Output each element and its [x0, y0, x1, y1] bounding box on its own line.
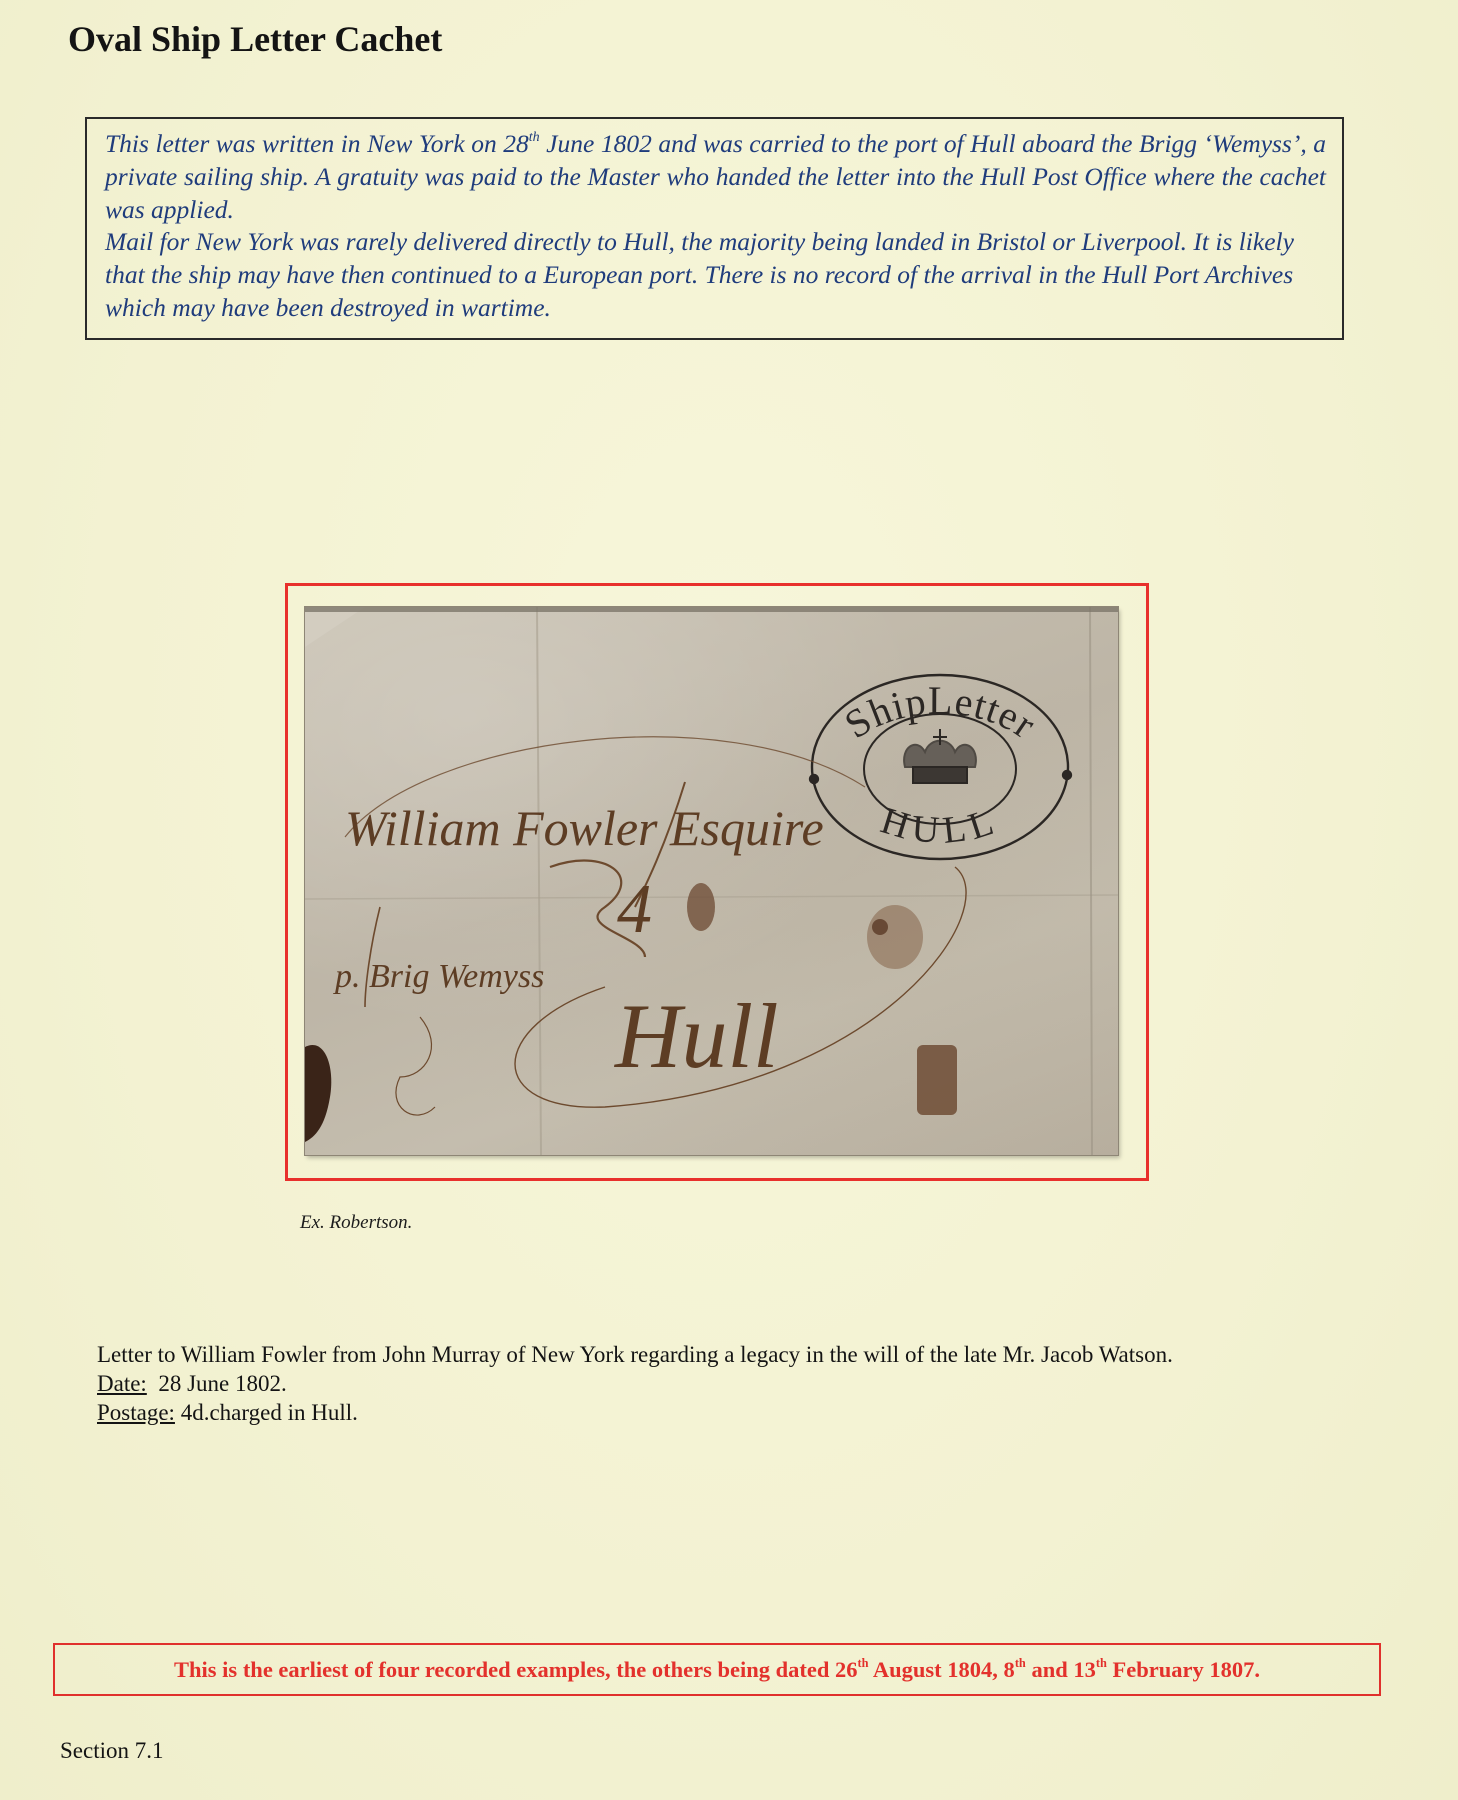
- intro-paragraph-2: Mail for New York was rarely delivered d…: [105, 226, 1326, 324]
- page-title: Oval Ship Letter Cachet: [68, 18, 442, 60]
- postage-value: 4d.charged in Hull.: [175, 1400, 358, 1425]
- postage-label: Postage:: [97, 1400, 175, 1425]
- note-text: This is the earliest of four recorded ex…: [174, 1657, 1260, 1683]
- date-label: Date:: [97, 1371, 147, 1396]
- crown-icon: [904, 729, 976, 783]
- svg-text:HULL: HULL: [876, 799, 1004, 852]
- cachet-bottom-text: HULL: [876, 799, 1004, 852]
- ordinal-suffix: th: [529, 130, 540, 145]
- intro-text-box: This letter was written in New York on 2…: [85, 117, 1344, 340]
- recorded-examples-note: This is the earliest of four recorded ex…: [53, 1643, 1381, 1696]
- address-town: Hull: [614, 985, 779, 1087]
- description-summary: Letter to William Fowler from John Murra…: [97, 1340, 1377, 1369]
- address-recipient: William Fowler Esquire: [345, 800, 824, 856]
- cover-description: Letter to William Fowler from John Murra…: [97, 1340, 1377, 1427]
- postage-rate-marking: 4: [617, 871, 652, 948]
- date-value: 28 June 1802.: [147, 1371, 287, 1396]
- postage-line: Postage: 4d.charged in Hull.: [97, 1398, 1377, 1427]
- provenance-caption: Ex. Robertson.: [300, 1212, 412, 1234]
- section-number: Section 7.1: [60, 1738, 164, 1764]
- intro-text: This letter was written in New York on 2…: [105, 129, 529, 158]
- date-line: Date: 28 June 1802.: [97, 1369, 1377, 1398]
- postal-cover-image: ShipLetter HULL William Fowler Esquire H…: [305, 607, 1118, 1155]
- ship-endorsement: p. Brig Wemyss: [333, 958, 544, 995]
- intro-paragraph-1: This letter was written in New York on 2…: [105, 128, 1326, 226]
